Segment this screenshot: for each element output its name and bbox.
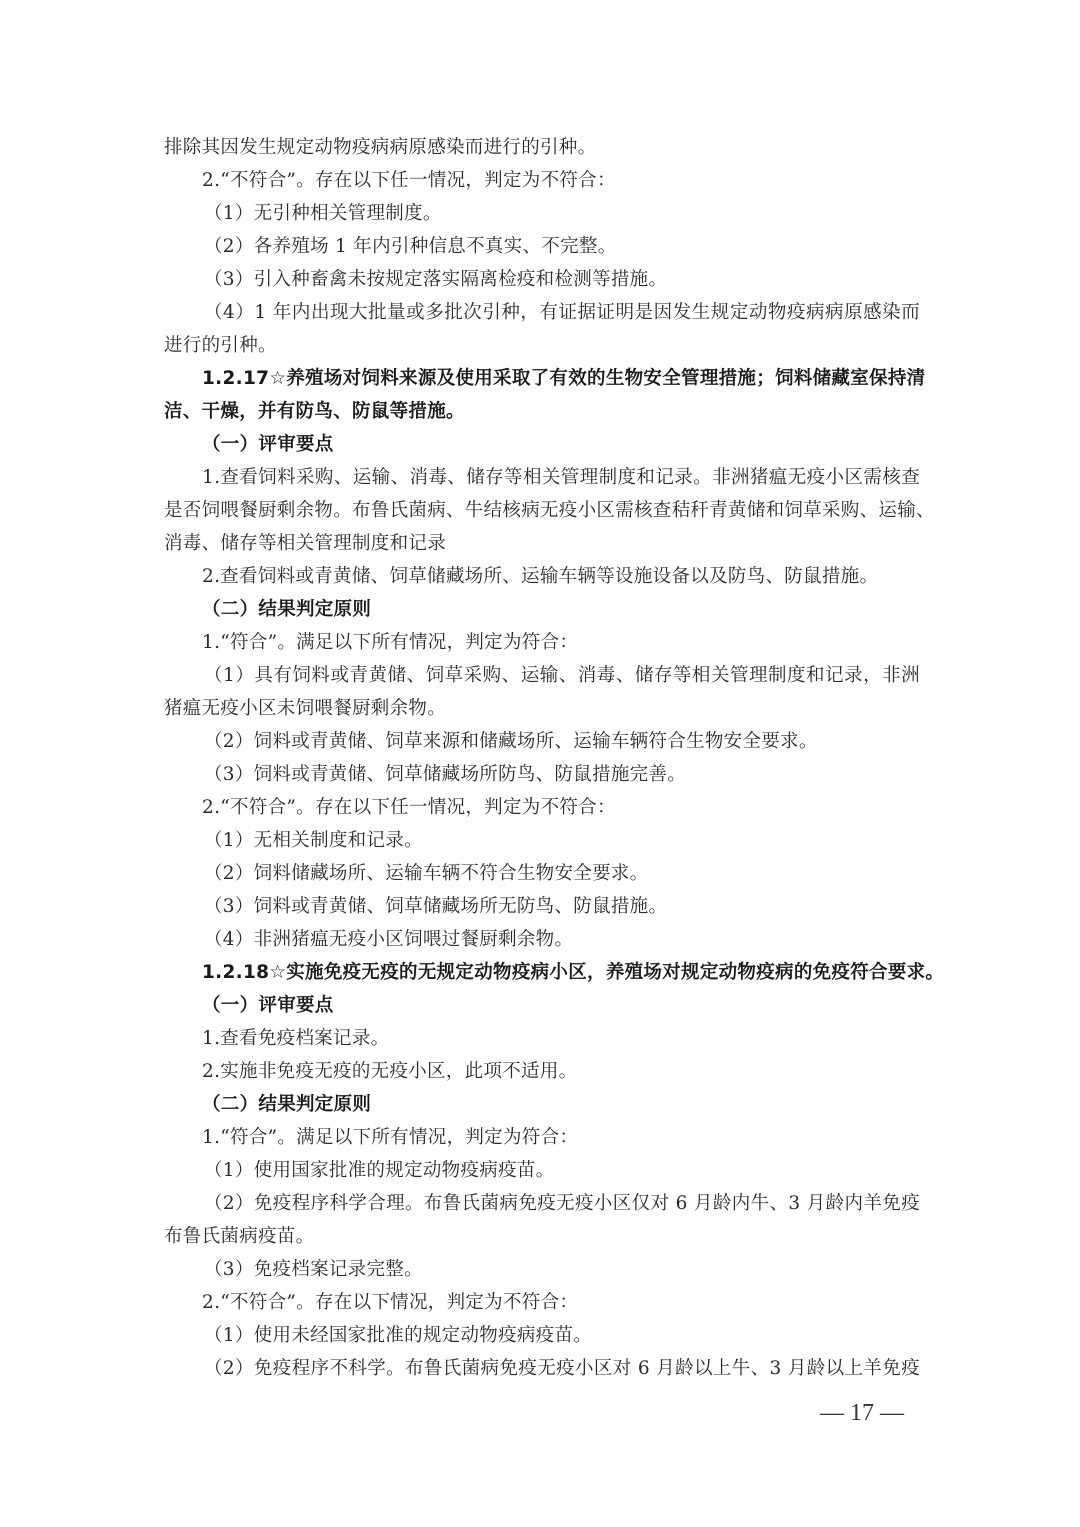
- text-line: 2.查看饲料或青黄储、饲草储藏场所、运输车辆等设施设备以及防鸟、防鼠措施。: [164, 560, 920, 593]
- text-line: 1.查看免疫档案记录。: [164, 1022, 920, 1055]
- subsection-heading: （二）结果判定原则: [164, 1088, 920, 1121]
- list-item: （4）非洲猪瘟无疫小区饲喂过餐厨剩余物。: [164, 923, 920, 956]
- list-item: （2）饲料或青黄储、饲草来源和储藏场所、运输车辆符合生物安全要求。: [164, 725, 920, 758]
- subsection-heading: （一）评审要点: [164, 428, 920, 461]
- list-item: （2）饲料储藏场所、运输车辆不符合生物安全要求。: [164, 857, 920, 890]
- list-item: （3）免疫档案记录完整。: [164, 1253, 920, 1286]
- text-line: 2.“不符合”。存在以下任一情况，判定为不符合：: [164, 791, 920, 824]
- section-heading: 洁、干燥，并有防鸟、防鼠等措施。: [164, 395, 920, 428]
- list-item: （3）饲料或青黄储、饲草储藏场所防鸟、防鼠措施完善。: [164, 758, 920, 791]
- text-line: 1.“符合”。满足以下所有情况，判定为符合：: [164, 626, 920, 659]
- text-line: 布鲁氏菌病疫苗。: [164, 1220, 920, 1253]
- list-item: （1）具有饲料或青黄储、饲草采购、运输、消毒、储存等相关管理制度和记录，非洲: [164, 659, 920, 692]
- text-line: 2.实施非免疫无疫的无疫小区，此项不适用。: [164, 1055, 920, 1088]
- text-line: 排除其因发生规定动物疫病病原感染而进行的引种。: [164, 131, 920, 164]
- subsection-heading: （一）评审要点: [164, 989, 920, 1022]
- list-item: （3）引入种畜禽未按规定落实隔离检疫和检测等措施。: [164, 263, 920, 296]
- text-line: 2.“不符合”。存在以下任一情况，判定为不符合：: [164, 164, 920, 197]
- text-line: 1.“符合”。满足以下所有情况，判定为符合：: [164, 1121, 920, 1154]
- section-heading: 1.2.17☆养殖场对饲料来源及使用采取了有效的生物安全管理措施；饲料储藏室保持…: [164, 362, 920, 395]
- text-line: 2.“不符合”。存在以下情况，判定为不符合：: [164, 1286, 920, 1319]
- text-line: 是否饲喂餐厨剩余物。布鲁氏菌病、牛结核病无疫小区需核查秸秆青黄储和饲草采购、运输…: [164, 494, 920, 527]
- list-item: （3）饲料或青黄储、饲草储藏场所无防鸟、防鼠措施。: [164, 890, 920, 923]
- list-item: （2）免疫程序不科学。布鲁氏菌病免疫无疫小区对 6 月龄以上牛、3 月龄以上羊免…: [164, 1352, 920, 1385]
- subsection-heading: （二）结果判定原则: [164, 593, 920, 626]
- list-item: （2）各养殖场 1 年内引种信息不真实、不完整。: [164, 230, 920, 263]
- list-item: （1）无相关制度和记录。: [164, 824, 920, 857]
- list-item: （4）1 年内出现大批量或多批次引种，有证据证明是因发生规定动物疫病病原感染而: [164, 296, 920, 329]
- section-heading: 1.2.18☆实施免疫无疫的无规定动物疫病小区，养殖场对规定动物疫病的免疫符合要…: [164, 956, 920, 989]
- text-line: 猪瘟无疫小区未饲喂餐厨剩余物。: [164, 692, 920, 725]
- list-item: （1）使用未经国家批准的规定动物疫病疫苗。: [164, 1319, 920, 1352]
- text-line: 消毒、储存等相关管理制度和记录: [164, 527, 920, 560]
- text-line: 1.查看饲料采购、运输、消毒、储存等相关管理制度和记录。非洲猪瘟无疫小区需核查: [164, 461, 920, 494]
- document-page: 排除其因发生规定动物疫病病原感染而进行的引种。 2.“不符合”。存在以下任一情况…: [164, 131, 920, 1385]
- text-line: 进行的引种。: [164, 329, 920, 362]
- list-item: （1）使用国家批准的规定动物疫病疫苗。: [164, 1154, 920, 1187]
- page-number: — 17 —: [820, 1400, 920, 1427]
- list-item: （2）免疫程序科学合理。布鲁氏菌病免疫无疫小区仅对 6 月龄内牛、3 月龄内羊免…: [164, 1187, 920, 1220]
- list-item: （1）无引种相关管理制度。: [164, 197, 920, 230]
